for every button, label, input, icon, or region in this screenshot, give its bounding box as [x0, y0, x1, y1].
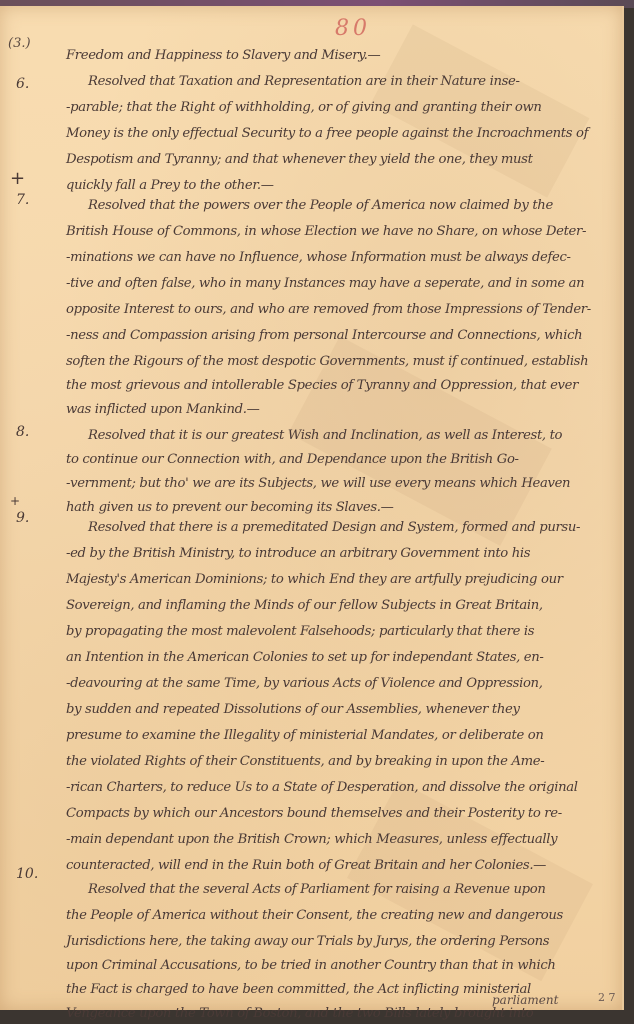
text-line: counteracted, will end in the Ruin both … [66, 858, 622, 873]
text-line: Money is the only effectual Security to … [66, 126, 622, 141]
text-line: Resolved that the several Acts of Parlia… [66, 882, 622, 897]
cross-mark-icon: + [10, 494, 20, 508]
resolution-number: 6. [16, 76, 29, 92]
text-line: quickly fall a Prey to the other.— [66, 178, 622, 193]
text-line: an Intention in the American Colonies to… [66, 650, 622, 665]
cross-mark-icon: + [10, 168, 25, 189]
text-line: -tive and often false, who in many Insta… [66, 276, 622, 291]
resolution-number: 7. [16, 192, 29, 208]
text-line: upon Criminal Accusations, to be tried i… [66, 958, 622, 973]
text-line: -main dependant upon the British Crown; … [66, 832, 622, 847]
text-line: Resolved that the powers over the People… [66, 198, 622, 213]
resolution-number: 9. [16, 510, 29, 526]
page-number: (3.) [8, 36, 31, 51]
text-line: Resolved that it is our greatest Wish an… [66, 428, 622, 443]
catchword: parliament [492, 993, 558, 1007]
text-line: Sovereign, and inflaming the Minds of ou… [66, 598, 622, 613]
text-line: Despotism and Tyranny; and that whenever… [66, 152, 622, 167]
text-line: Freedom and Happiness to Slavery and Mis… [66, 48, 622, 63]
text-line: presume to examine the Illegality of min… [66, 728, 622, 743]
text-line: -vernment; but tho' we are its Subjects,… [66, 476, 622, 491]
text-line: -ness and Compassion arising from person… [66, 328, 622, 343]
text-line: opposite Interest to ours, and who are r… [66, 302, 622, 317]
folio-mark: 80 [335, 16, 371, 41]
text-line: by propagating the most malevolent False… [66, 624, 622, 639]
text-line: -parable; that the Right of withholding,… [66, 100, 622, 115]
text-line: Majesty's American Dominions; to which E… [66, 572, 622, 587]
text-line: hath given us to prevent our becoming it… [66, 500, 622, 515]
text-line: the People of America without their Cons… [66, 908, 622, 923]
text-line: Resolved that there is a premeditated De… [66, 520, 622, 535]
text-line: -rican Charters, to reduce Us to a State… [66, 780, 622, 795]
text-line: soften the Rigours of the most despotic … [66, 354, 622, 369]
resolution-number: 8. [16, 424, 29, 440]
text-line: by sudden and repeated Dissolutions of o… [66, 702, 622, 717]
text-line: Jurisdictions here, the taking away our … [66, 934, 622, 949]
text-line: -ed by the British Ministry, to introduc… [66, 546, 622, 561]
text-line: Compacts by which our Ancestors bound th… [66, 806, 622, 821]
text-line: British House of Commons, in whose Elect… [66, 224, 622, 239]
text-line: Vengeance upon the Town of Boston, and t… [66, 1006, 622, 1021]
text-line: was inflicted upon Mankind.— [66, 402, 622, 417]
text-line: to continue our Connection with, and Dep… [66, 452, 622, 467]
resolution-number: 10. [16, 866, 38, 882]
manuscript-page: (3.) 80 6. + 7. 8. + 9. 10. Freedom and … [0, 6, 624, 1010]
text-line: the violated Rights of their Constituent… [66, 754, 622, 769]
text-line: -minations we can have no Influence, who… [66, 250, 622, 265]
text-line: the most grievous and intollerable Speci… [66, 378, 622, 393]
text-line: Resolved that Taxation and Representatio… [66, 74, 622, 89]
corner-mark: 2 7 [598, 991, 616, 1004]
text-line: -deavouring at the same Time, by various… [66, 676, 622, 691]
